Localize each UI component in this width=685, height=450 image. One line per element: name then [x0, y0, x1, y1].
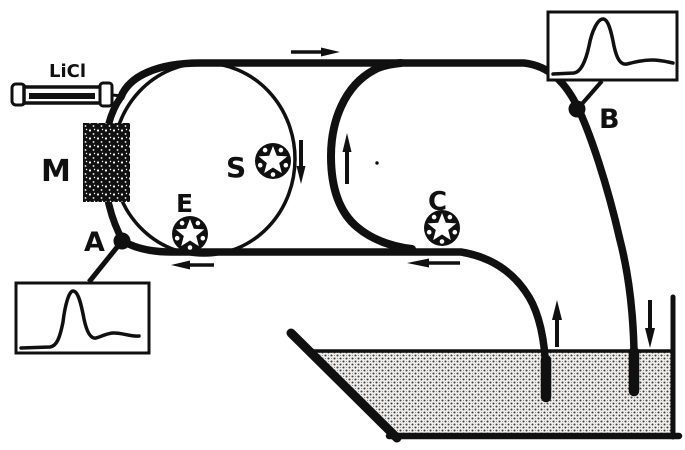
detector-a-response-inset [16, 283, 149, 353]
flow-diagram: LiCl M A S E C B [0, 0, 685, 450]
flow-diagram-canvas: LiCl M A S E C B [0, 0, 685, 450]
label-reagent: LiCl [49, 61, 86, 82]
label-pump-s: S [226, 151, 246, 184]
syringe-plunger-rod [29, 93, 95, 99]
ink-speck [375, 161, 378, 164]
detector-b-response-inset [548, 12, 677, 80]
flow-arrow-down-icon [297, 140, 306, 184]
flow-arrow-up-icon [343, 133, 352, 184]
syringe-needle [112, 95, 123, 96]
label-pump-e: E [176, 189, 193, 218]
detector-b-lead-line [581, 81, 602, 105]
mixing-coil-box [83, 123, 130, 202]
syringe-icon [12, 83, 123, 106]
flow-arrow-right-icon [291, 48, 340, 57]
tube-right-loop [331, 63, 412, 249]
label-mixer: M [41, 154, 71, 189]
reservoir-up-arrow-icon [552, 300, 562, 347]
pump-s-icon [255, 143, 291, 179]
detector-a-dot [114, 233, 131, 250]
label-pump-c: C [428, 187, 447, 217]
flow-arrow-left-c-icon [407, 259, 460, 268]
syringe-flange [100, 83, 112, 106]
reservoir-liquid [309, 352, 673, 434]
reservoir-down-arrow-icon [645, 300, 655, 348]
flow-arrow-left-e-icon [171, 261, 214, 270]
detector-b-dot [569, 101, 586, 118]
label-detector-b: B [599, 104, 620, 135]
pump-e-icon [172, 216, 208, 252]
label-detector-a: A [84, 227, 105, 258]
flow-arrows [171, 48, 655, 349]
